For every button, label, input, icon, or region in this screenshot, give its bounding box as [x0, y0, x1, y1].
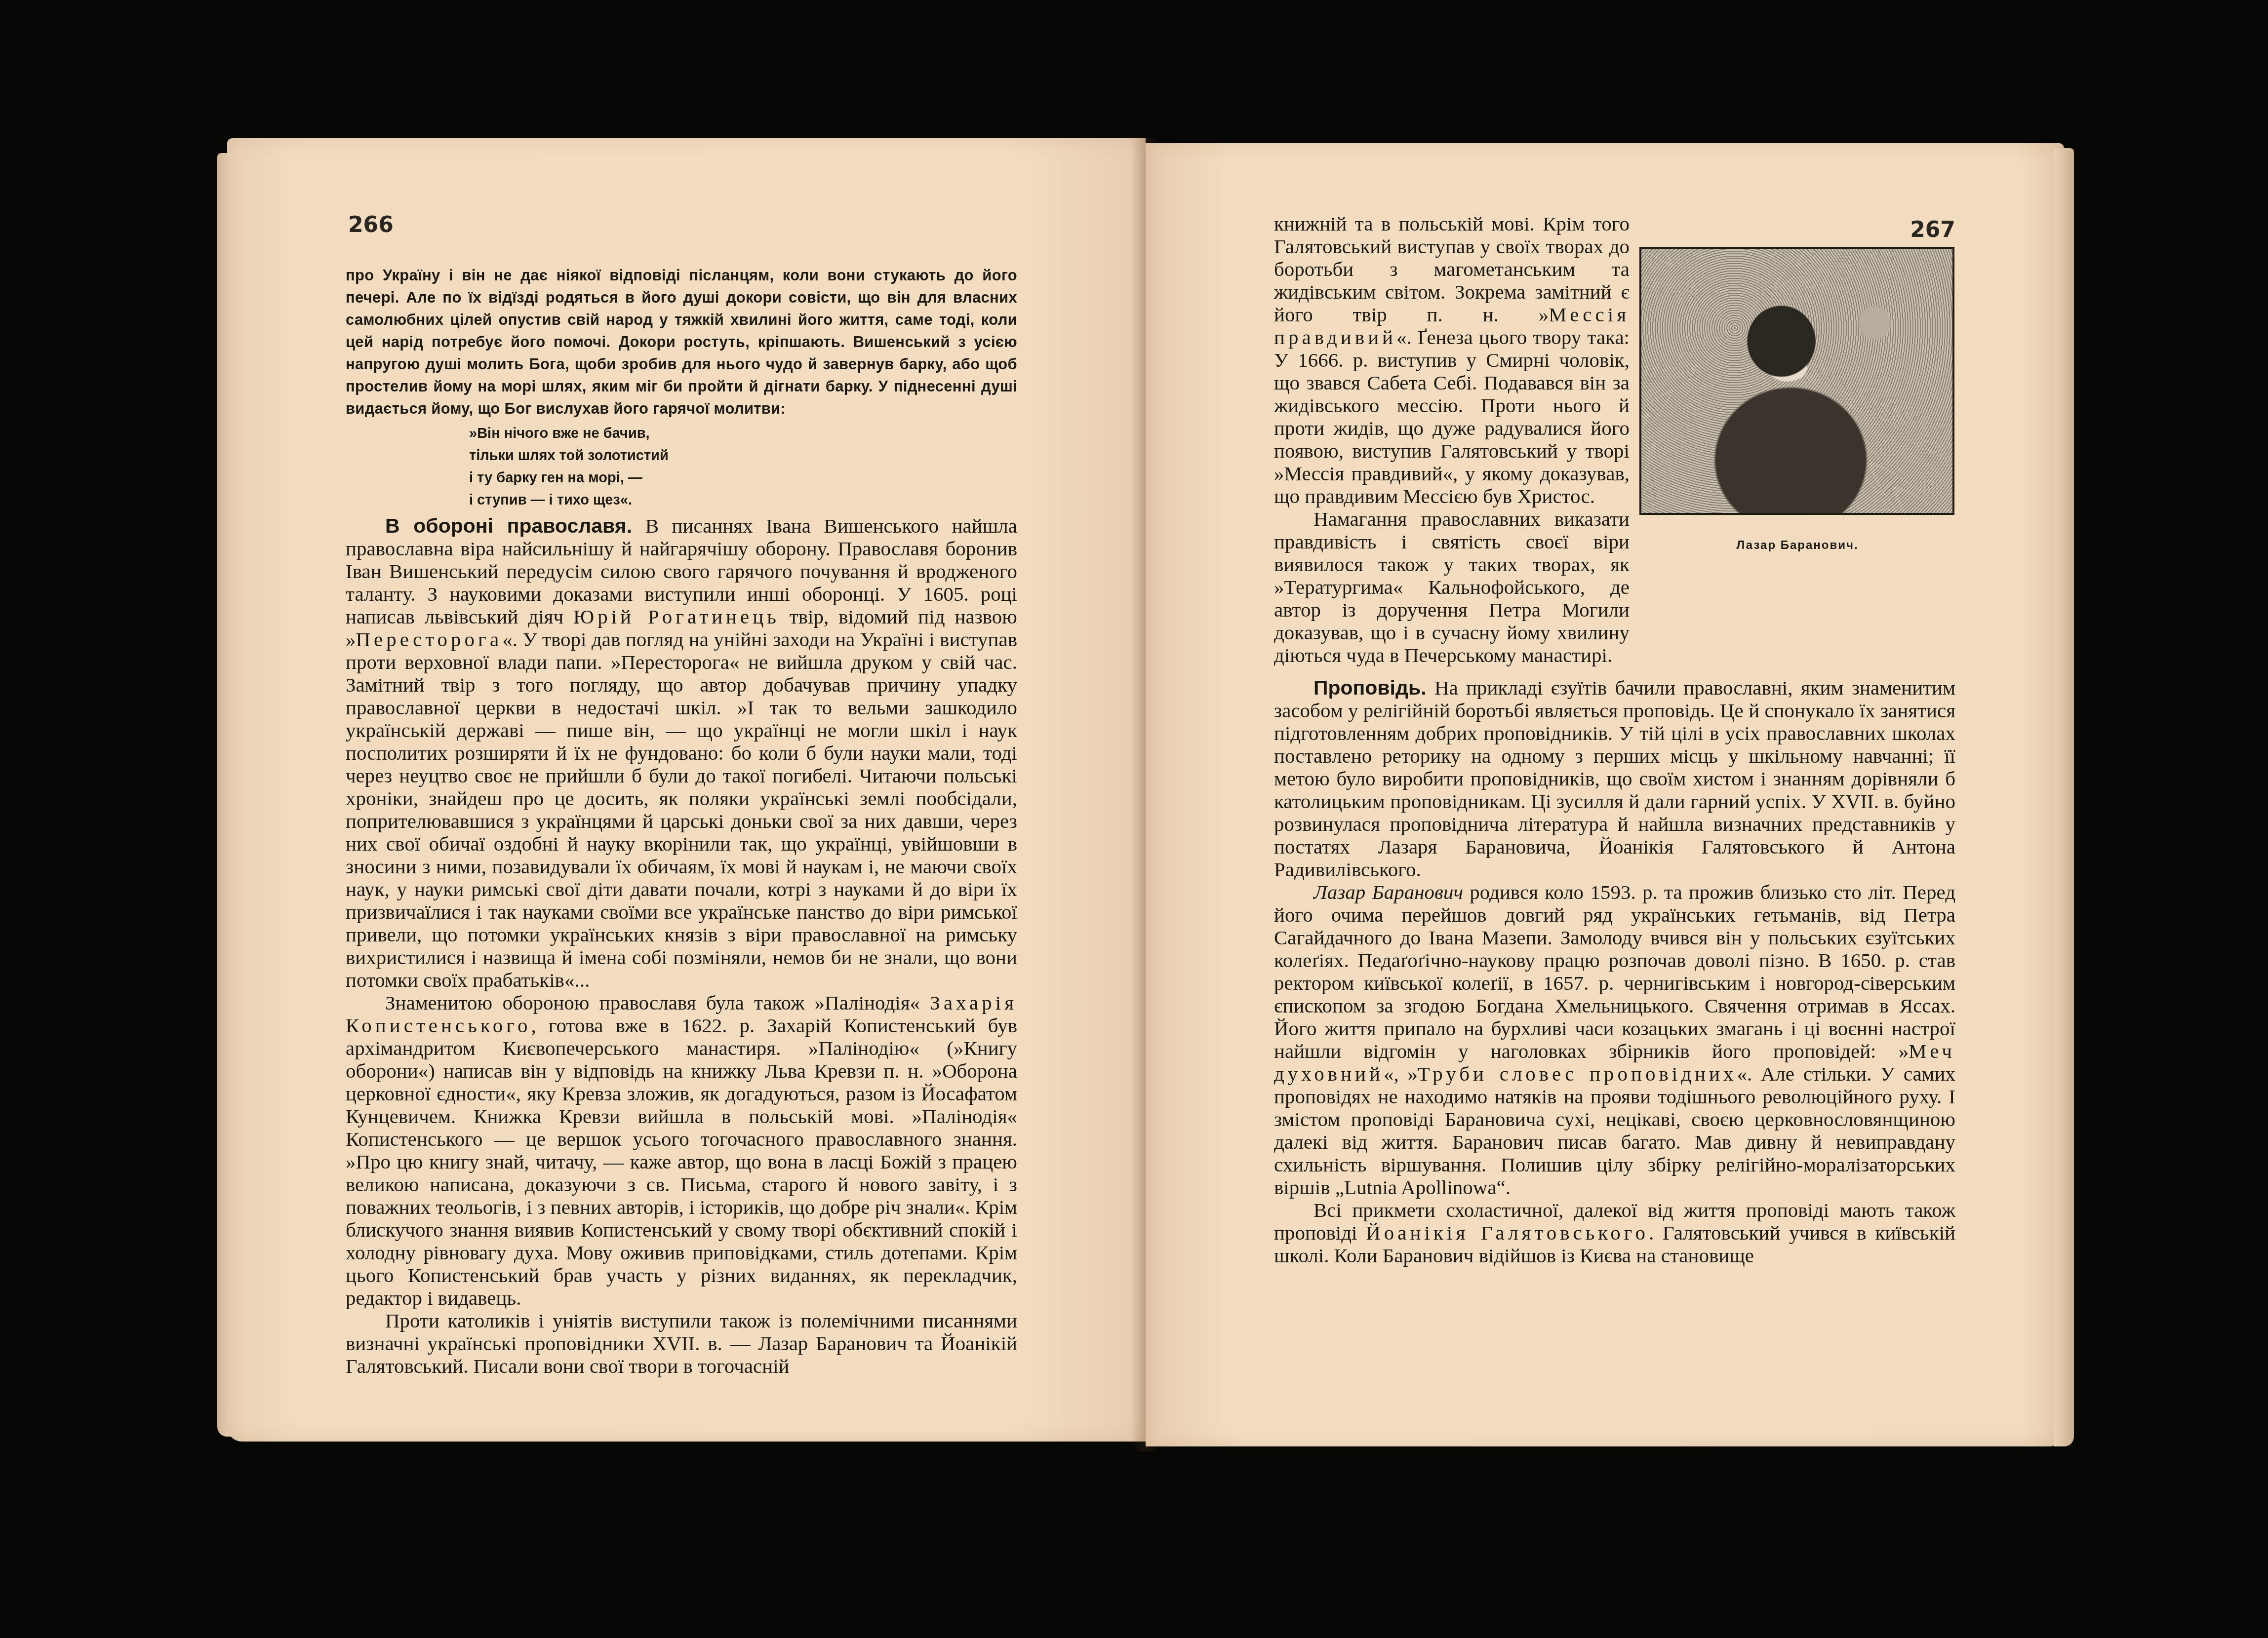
body-paragraph: В обороні православя. В писаннях Івана В… — [346, 514, 1017, 991]
intro-paragraph: про Україну і він не дає ніякої відповід… — [346, 264, 1017, 420]
body-paragraph: Лазар Баранович родився коло 1593. р. та… — [1274, 881, 1955, 1199]
left-column: про Україну і він не дає ніякої відповід… — [346, 264, 1017, 1377]
right-page: 267 книжній та в польській мові. Крім то… — [1146, 143, 2064, 1446]
body-paragraph: Всі прикмети схоластичної, далекої від ж… — [1274, 1199, 1955, 1267]
verse-line: »Він нічого вже не бачив, — [469, 423, 1017, 445]
spaced-name: Йоанікія Галятовського — [1366, 1221, 1649, 1244]
body-paragraph: Проповідь. На прикладі єзуїтів бачили пр… — [1274, 676, 1955, 881]
left-page: 266 про Україну і він не дає ніякої відп… — [227, 138, 1146, 1442]
section-heading: В обороні православя. — [385, 514, 632, 537]
open-book: 266 про Україну і він не дає ніякої відп… — [217, 138, 2074, 1501]
body-paragraph: Знаменитою обороною православя була тако… — [346, 991, 1017, 1309]
verse-line: тільки шлях той золотистий — [469, 445, 1017, 467]
section-heading: Проповідь. — [1313, 676, 1427, 699]
page-number: 267 — [1910, 217, 1955, 242]
verse-quote: »Він нічого вже не бачив, тільки шлях то… — [469, 423, 1017, 511]
right-main-column: Проповідь. На прикладі єзуїтів бачили пр… — [1274, 676, 1955, 1267]
figure-caption: Лазар Баранович. — [1639, 539, 1955, 552]
right-top-column: книжній та в польській мові. Крім того Г… — [1274, 212, 1630, 666]
verse-line: і ступив — і тихо щез«. — [469, 489, 1017, 511]
portrait-image — [1639, 247, 1954, 515]
page-number: 266 — [348, 212, 394, 237]
page-stack-right — [2054, 148, 2074, 1446]
spaced-title: Пересторога — [356, 628, 503, 651]
portrait-figure: Лазар Баранович. — [1639, 247, 1955, 552]
body-paragraph: Проти католиків і уніятів виступили тако… — [346, 1309, 1017, 1377]
body-paragraph: Намагання православних виказати правдиві… — [1274, 507, 1630, 666]
italic-name: Лазар Баранович — [1313, 881, 1463, 903]
verse-line: і ту барку ген на морі, — — [469, 467, 1017, 489]
spaced-name: Юрій Рогатинець — [573, 605, 780, 628]
body-paragraph: книжній та в польській мові. Крім того Г… — [1274, 212, 1630, 507]
spaced-title: Труби словес проповідних — [1418, 1062, 1737, 1085]
